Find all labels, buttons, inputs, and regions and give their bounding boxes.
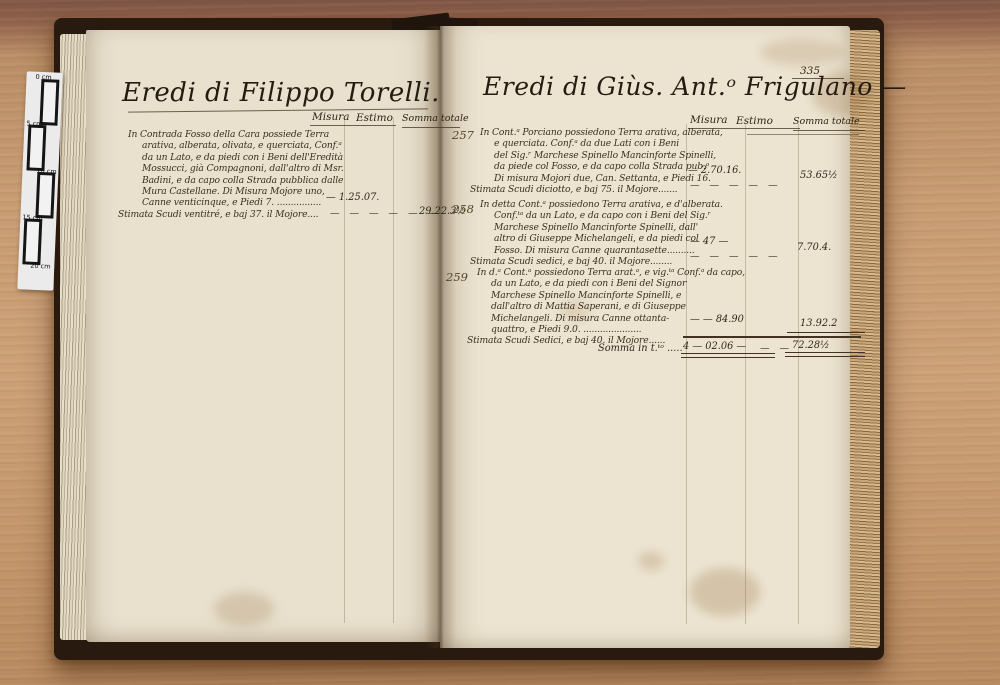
sum-rule [683, 336, 861, 338]
entry-line: In detta Cont.ᵃ possiedono Terra arativa… [480, 199, 723, 210]
manuscript-photo: Eredi di Filippo Torelli. Misura Estimo … [0, 0, 1000, 685]
header-underline [310, 125, 396, 126]
entry-line: Stimata Scudi diciotto, e baj 75. il Moj… [470, 184, 723, 195]
right-column-header-estimo: Estimo [736, 115, 773, 127]
left-column-header-misura: Misura [312, 111, 350, 123]
header-underline [793, 130, 865, 131]
scale-segment [22, 218, 42, 265]
entry-number-258: 258 [452, 202, 474, 216]
entry-258-dash-leaders: — — — — — [690, 251, 778, 262]
entry-line: Badini, e da capo colla Strada pubblica … [142, 175, 344, 186]
summary-double-rule [681, 353, 775, 358]
left-column-header-somma: Somma totale [402, 113, 469, 124]
left-entry-measure-value: — 1.25.07. [326, 192, 379, 203]
left-page-title: Eredi di Filippo Torelli. [122, 78, 440, 108]
entry-257-dash-leaders: — — — — — [690, 180, 778, 191]
page-stain [760, 38, 844, 66]
entry-259-total-value: 13.92.2 [800, 318, 837, 329]
entry-line: Fosso. Di misura Canne quarantasette....… [494, 245, 723, 256]
entry-number-259: 259 [446, 270, 468, 284]
entry-257-text: In Cont.ᵃ Porciano possiedono Terra arat… [480, 127, 723, 195]
total-underline [787, 332, 865, 333]
scale-label: 5 cm [26, 119, 42, 128]
entry-257-total-value: 53.65½ [800, 170, 838, 181]
page-stain [690, 568, 760, 616]
page-stain [638, 552, 664, 570]
entry-line: Stimata Scudi sedici, e baj 40. il Mojor… [470, 256, 723, 267]
entry-line: e querciata. Conf.ᵃ da due Lati con i Be… [494, 138, 723, 149]
entry-258-total-value: 7.70.4. [797, 242, 831, 253]
scale-segment [26, 124, 46, 171]
entry-line: In Cont.ᵃ Porciano possiedono Terra arat… [480, 127, 723, 138]
entry-257-measure-value: — 2.70.16. [688, 165, 741, 176]
entry-number-257: 257 [452, 128, 474, 142]
entry-line: Marchese Spinello Mancinforte Spinelli, … [494, 222, 723, 233]
ledger-rule [747, 134, 859, 135]
scale-label: 0 cm [35, 73, 51, 82]
entry-line: In Contrada Fosso della Cara possiede Te… [128, 129, 344, 140]
scale-label: 15 cm [22, 213, 43, 222]
entry-line: In d.ᵃ Cont.ᵃ possiedono Terra arat.ᵃ, e… [477, 267, 745, 278]
entry-line: Marchese Spinello Mancinforte Spinelli, … [491, 290, 745, 301]
page-block-edges-left [60, 34, 88, 640]
column-rule [745, 124, 746, 624]
summary-grand-total: 72.28½ [792, 340, 830, 351]
entry-258-measure-value: — 47 — [690, 236, 728, 247]
entry-258-text: In detta Cont.ᵃ possiedono Terra arativa… [480, 199, 723, 267]
entry-line: arativa, alberata, olivata, e querciata,… [142, 140, 344, 151]
entry-line: Mossucci, già Compagnoni, dall'altro di … [142, 163, 344, 174]
right-page-title: Eredi di Giùs. Ant.ᵒ Frigulano — [483, 72, 907, 101]
summary-measure-total: 4 — 02.06 — [683, 341, 746, 352]
right-column-header-somma: Somma totale [793, 116, 860, 127]
entry-line: del Sig.ʳ Marchese Spinello Mancinforte … [494, 150, 723, 161]
entry-line: altro di Giuseppe Michelangeli, e da pie… [494, 233, 723, 244]
entry-line: da un Lato, e da piedi con i Beni del Si… [491, 278, 745, 289]
scale-label: 20 cm [30, 262, 51, 271]
scale-segment [39, 79, 59, 126]
entry-line: Conf.ᵗᵃ da un Lato, e da capo con i Beni… [494, 210, 723, 221]
page-stain [214, 592, 274, 626]
scale-segment [35, 172, 55, 219]
column-rule [393, 118, 394, 623]
column-rule [798, 124, 799, 624]
entry-259-measure-value: — — 84.90 [690, 314, 744, 325]
entry-line: Mura Castellane. Di Misura Mojore uno, [142, 186, 344, 197]
scale-label: 10 cm [36, 167, 57, 176]
entry-line: Canne venticinque, e Piedi 7. ..........… [142, 197, 344, 208]
left-entry-text: In Contrada Fosso della Cara possiede Te… [128, 129, 344, 220]
entry-line: dall'altro di Mattia Saperani, e di Gius… [491, 301, 745, 312]
entry-line: Stimata Scudi ventitré, e baj 37. il Moj… [118, 209, 344, 220]
left-column-header-estimo: Estimo [356, 112, 393, 124]
right-column-header-misura: Misura [690, 114, 728, 126]
entry-line: da un Lato, e da piedi con i Beni dell'E… [142, 152, 344, 163]
summary-double-rule [785, 352, 865, 357]
summary-label: Somma in t.ᵗᵒ ..... [598, 343, 683, 354]
